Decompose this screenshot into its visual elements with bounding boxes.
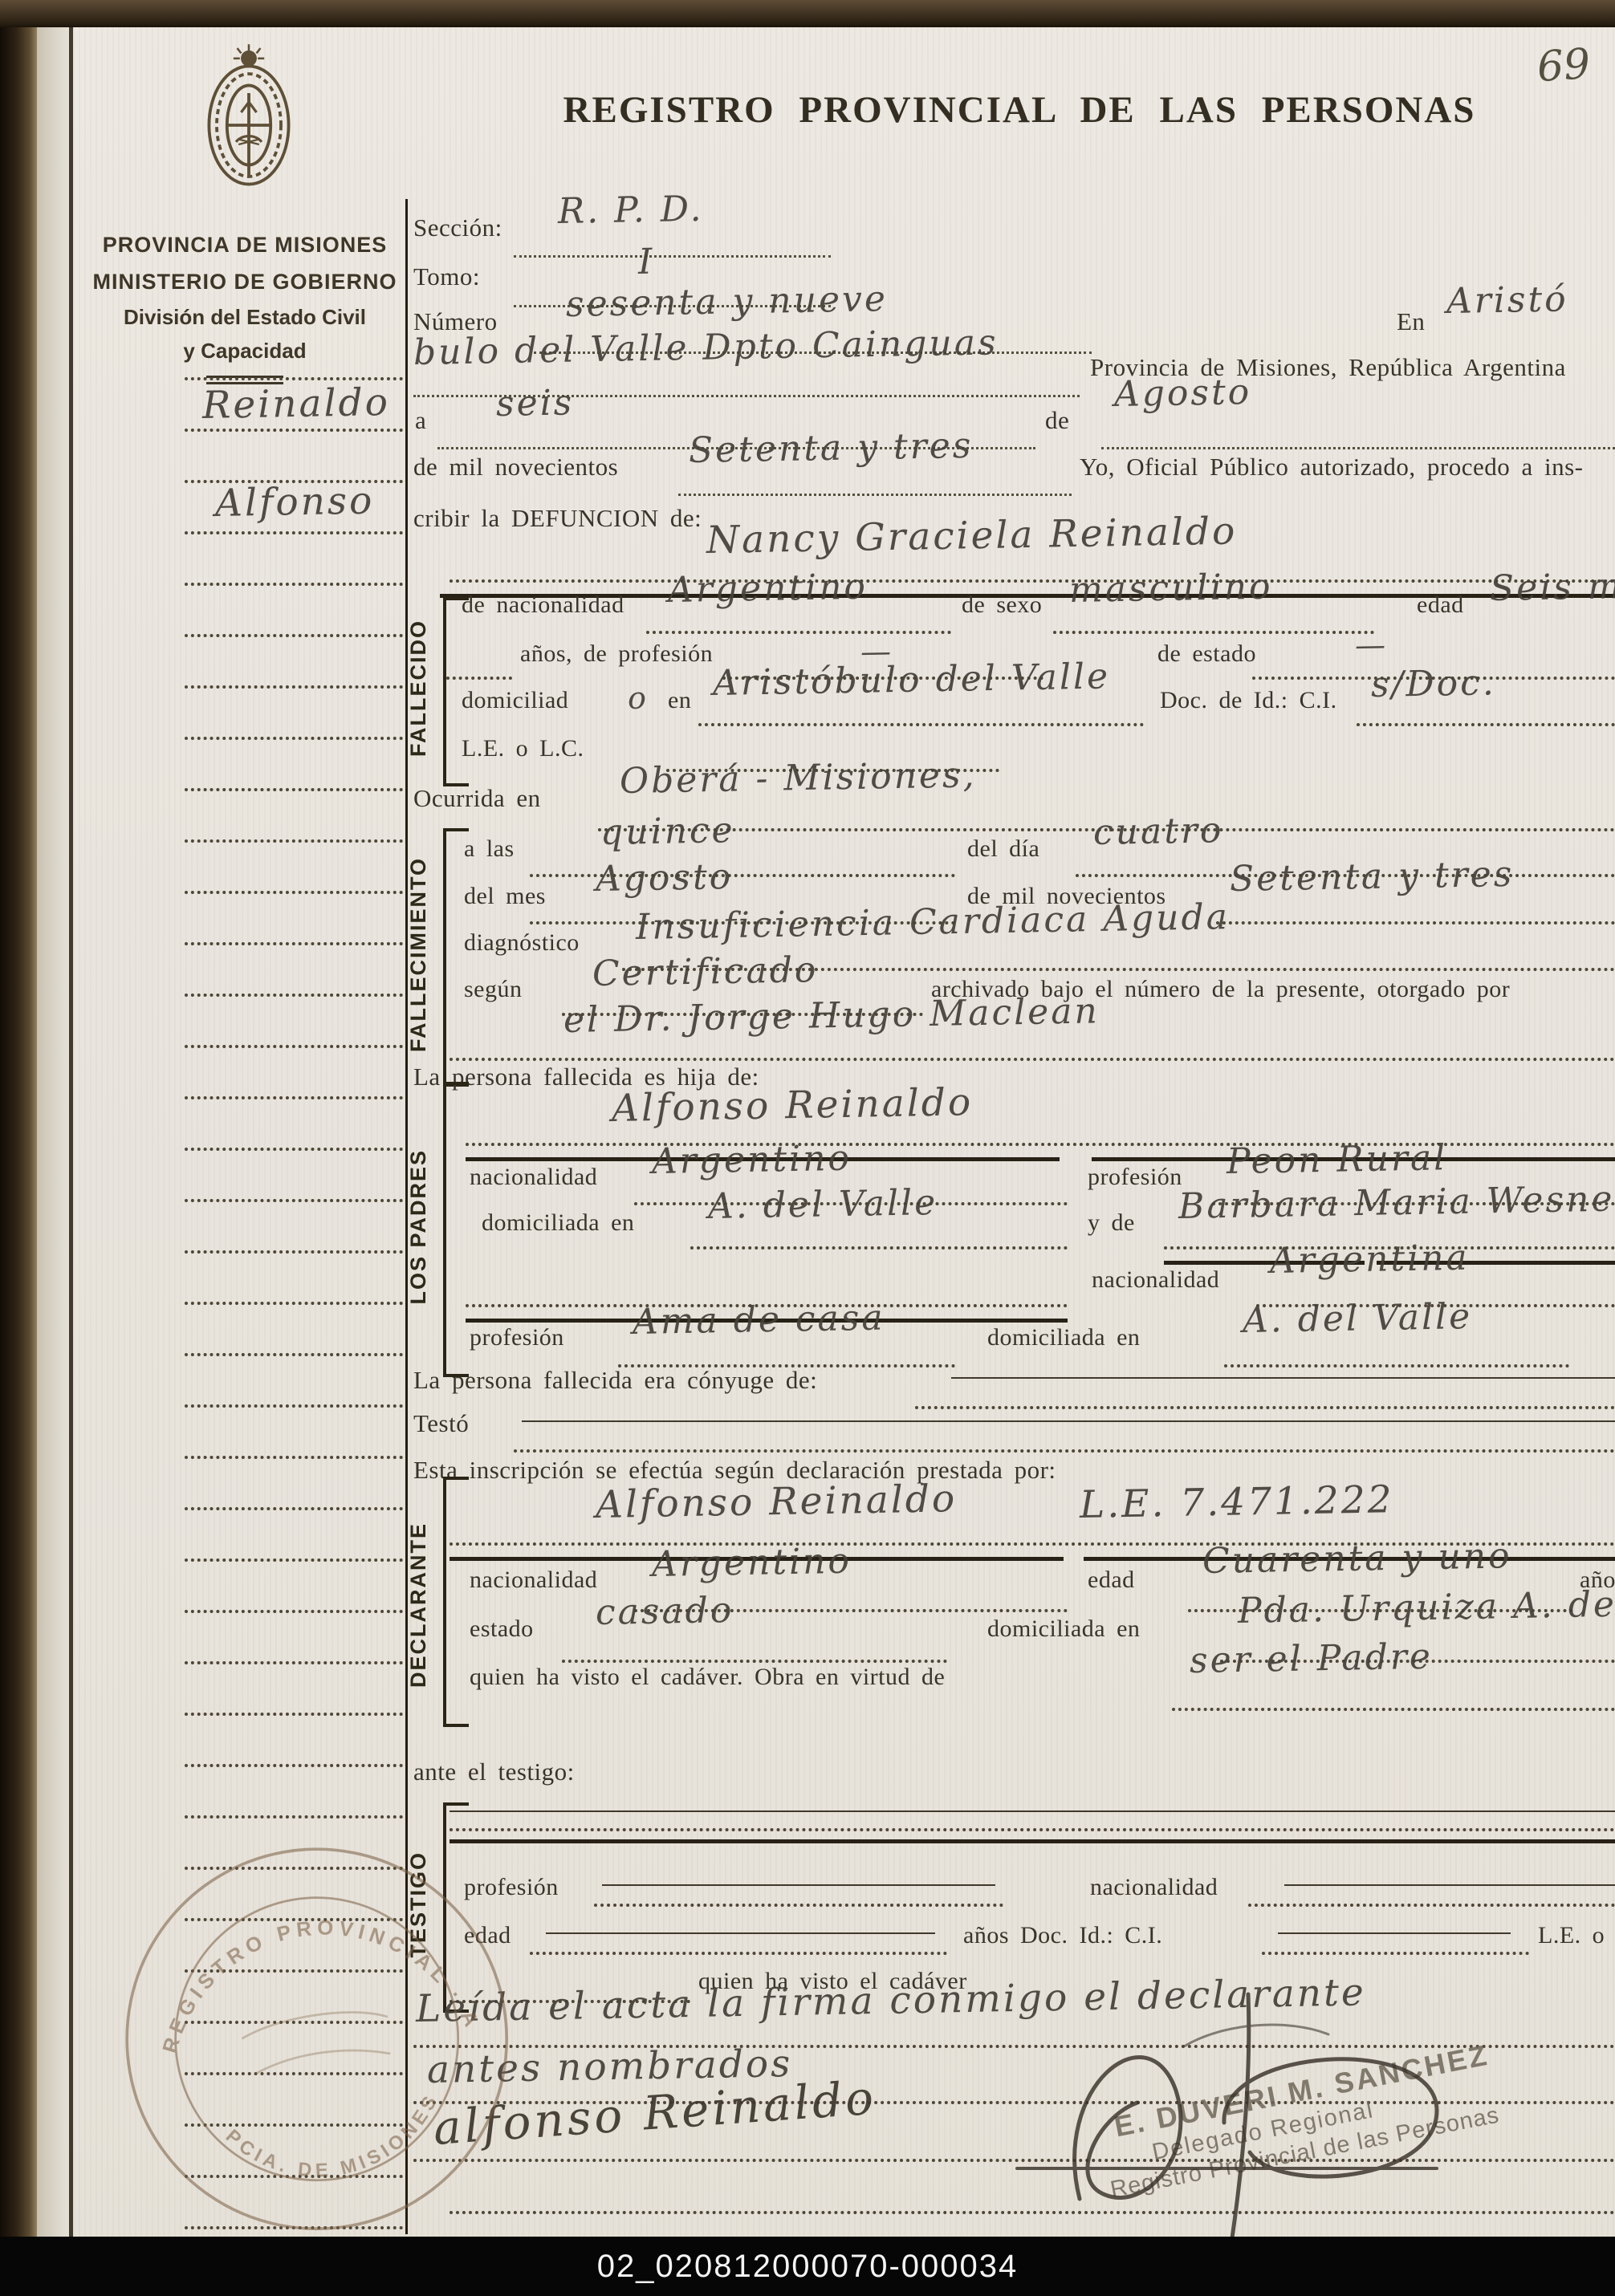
- margin-ruled-line: [185, 583, 403, 586]
- del-dia-label: del día: [967, 835, 1039, 863]
- declarante-nacionalidad-label: nacionalidad: [470, 1567, 597, 1594]
- tomo-label: Tomo:: [413, 262, 480, 291]
- fallecido-en-label: en: [668, 687, 691, 714]
- fallecido-doc-label: Doc. de Id.: C.I.: [1160, 687, 1337, 714]
- conyuge-solid-line: [951, 1377, 1615, 1379]
- fallecido-le-label: L.E. o L.C.: [462, 735, 584, 762]
- declarante-virtud: ser el Padre: [1190, 1636, 1434, 1681]
- declarante-domiciliada-label: domiciliada en: [987, 1615, 1140, 1643]
- conyuge-label: La persona fallecida era cónyuge de:: [413, 1366, 817, 1395]
- oficial-printed: Yo, Oficial Público autorizado, procedo …: [1080, 453, 1584, 482]
- scanned-death-record-page: REGISTRO PROVINCIAL DE LAS PERSONAS 69 P…: [0, 0, 1615, 2296]
- seccion-label: Sección:: [413, 213, 502, 242]
- fallecido-anios-label: años, de profesión: [520, 640, 713, 668]
- testigo-nacionalidad-solid: [1284, 1884, 1615, 1886]
- padre-domicilio: A. del Valle: [708, 1182, 938, 1227]
- svg-text:PCIA. DE MISIONES: PCIA. DE MISIONES: [218, 2086, 454, 2199]
- margin-ruled-line: [185, 1096, 403, 1099]
- margin-ruled-line: [185, 531, 403, 534]
- book-binding-shadow: [0, 0, 37, 2296]
- de-mil-label: de mil novecientos: [413, 453, 618, 482]
- hora-value: quince: [600, 810, 735, 853]
- testigo-edad-solid: [546, 1932, 935, 1934]
- fallecido-domiciliad-label: domiciliad: [462, 687, 568, 714]
- del-mes-label: del mes: [464, 883, 546, 910]
- testigo-profesion-dotted: [594, 1904, 1003, 1907]
- fallecido-edad-label: edad: [1417, 591, 1464, 619]
- padre-domiciliada-label: domiciliada en: [482, 1209, 634, 1237]
- declarante-nacionalidad: Argentino: [652, 1541, 852, 1585]
- margin-ruled-line: [185, 1815, 403, 1819]
- anio-value: Setenta y tres: [689, 425, 974, 471]
- testigo-doc-solid: [1278, 1932, 1511, 1934]
- round-stamp-bottom-text: PCIA. DE MISIONES: [218, 2086, 454, 2199]
- diagnostico-label: diagnóstico: [464, 929, 580, 957]
- declarante-edad: Cuarenta y uno: [1202, 1535, 1512, 1582]
- testo-solid-line: [522, 1420, 1615, 1422]
- margin-ruled-line: [185, 1148, 403, 1151]
- fallecido-nacionalidad: Argentino: [668, 567, 869, 611]
- testigo-profesion-solid: [602, 1884, 995, 1886]
- madre-profesion: Ama de casa: [633, 1298, 885, 1343]
- fallecido-nombre-line: [450, 579, 1615, 583]
- lugar-cont-value: bulo del Valle Dpto Cainguas: [413, 322, 999, 373]
- margin-ruled-line: [185, 737, 403, 740]
- section-label-declarante: DECLARANTE: [406, 1522, 431, 1688]
- margin-ruled-line: [185, 1610, 403, 1613]
- fallecido-domiciliad-letra: o: [628, 681, 649, 716]
- margin-ruled-line: [185, 1199, 403, 1202]
- section-label-padres: LOS PADRES: [406, 1149, 431, 1305]
- anio-line: [678, 494, 1072, 496]
- scan-code-bar: 02_020812000070-000034: [0, 2237, 1615, 2296]
- margin-ruled-line: [185, 1302, 403, 1305]
- madre-nacionalidad: Argentina: [1270, 1237, 1471, 1282]
- top-edge-shadow: [0, 0, 1615, 27]
- margin-ruled-line: [185, 788, 403, 791]
- padre-nacionalidad-label: nacionalidad: [470, 1164, 597, 1191]
- padre-nacionalidad: Argentino: [652, 1138, 852, 1182]
- a-las-label: a las: [464, 835, 515, 863]
- fallecido-estado-label: de estado: [1157, 640, 1256, 668]
- margin-ruled-line: [185, 429, 403, 432]
- testigo-le-label: L.E. o L.C.: [1538, 1922, 1615, 1949]
- dia-value: seis: [496, 382, 575, 425]
- fallecido-sexo: masculino: [1069, 567, 1273, 611]
- mes-line: [1101, 447, 1615, 449]
- round-stamp-top-text: REGISTRO PROVINCIAL · A. DEL VALLE: [52, 1798, 486, 2100]
- margin-ruled-line: [185, 685, 403, 689]
- margin-surname: Reinaldo: [202, 380, 391, 428]
- declarante-estado: casado: [596, 1590, 734, 1633]
- numero-value: sesenta y nueve: [566, 278, 889, 325]
- fallecido-doc: s/Doc.: [1371, 662, 1497, 705]
- margin-ruled-line: [185, 1661, 403, 1664]
- testigo-nombre-dotted-line: [450, 1828, 1615, 1831]
- testo-dotted-line: [514, 1449, 1615, 1453]
- padre-nombre: Alfonso Reinaldo: [612, 1080, 974, 1131]
- fallecido-doc-line: [1357, 723, 1615, 726]
- tomo-value: I: [638, 242, 655, 282]
- margin-ruled-line: [185, 1353, 403, 1356]
- ocurrida-lugar: Oberá - Misiones,: [620, 754, 977, 802]
- segun-value: Certificado: [592, 949, 819, 994]
- declarante-edad-label: edad: [1088, 1567, 1135, 1594]
- coat-of-arms-icon: [181, 42, 316, 196]
- fallecido-sexo-label: de sexo: [962, 591, 1042, 619]
- section-label-fallecido: FALLECIDO: [406, 620, 431, 757]
- testigo-nombre-solid-line: [450, 1810, 1615, 1812]
- margin-ruled-line: [185, 1764, 403, 1767]
- fallecido-nombre: Nancy Graciela Reinaldo: [706, 509, 1238, 563]
- declarante-visto-label: quien ha visto el cadáver. Obra en virtu…: [470, 1664, 945, 1691]
- letterhead-province: PROVINCIA DE MISIONES: [80, 226, 409, 263]
- madre-profesion-label: profesión: [470, 1324, 564, 1351]
- y-de-label: y de: [1088, 1209, 1135, 1237]
- section-label-fallecimiento: FALLECIMIENTO: [406, 857, 431, 1052]
- testigo-edad-dotted: [530, 1952, 947, 1955]
- fallecido-nacionalidad-label: de nacionalidad: [462, 591, 624, 619]
- padre-profesion: Peon Rural: [1227, 1137, 1448, 1182]
- medico-value: el Dr. Jorge Hugo Maclean: [563, 990, 1100, 1041]
- section-bracket-padres: [443, 1082, 472, 1377]
- madre-domicilio-line: [1224, 1364, 1569, 1367]
- anio-fallec-line: [1216, 921, 1615, 924]
- section-bracket-declarante: [443, 1477, 472, 1727]
- round-stamp: REGISTRO PROVINCIAL · A. DEL VALLE PCIA.…: [46, 1803, 589, 2278]
- declarante-nombre: Alfonso Reinaldo: [596, 1477, 958, 1527]
- anio-fallec-value: Setenta y tres: [1230, 854, 1515, 900]
- fallecido-nacionalidad-line: [646, 631, 951, 634]
- lugar-inicio-value: Aristó: [1446, 278, 1569, 322]
- en-label: En: [1397, 307, 1425, 336]
- testigo-nacionalidad-label: nacionalidad: [1090, 1874, 1218, 1901]
- margin-given-name: Alfonso: [215, 479, 375, 526]
- margin-ruled-line: [185, 1250, 403, 1254]
- letterhead-division-2: y Capacidad: [80, 334, 409, 368]
- seccion-line: [514, 255, 831, 258]
- cribir-printed: cribir la DEFUNCION de:: [413, 504, 702, 533]
- hora-line: [530, 874, 955, 877]
- fallecido-edad: Seis meses: [1490, 564, 1615, 609]
- diagnostico-value: Insuficiencia Cardiaca Aguda: [636, 896, 1231, 948]
- madre-nombre: Barbara Maria Wesner: [1178, 1178, 1615, 1227]
- madre-domiciliada-label: domiciliada en: [987, 1324, 1140, 1351]
- testigo-nacionalidad-dotted: [1248, 1904, 1615, 1907]
- margin-ruled-line: [185, 1045, 403, 1048]
- de-label: de: [1045, 406, 1069, 435]
- letterhead-org-block: PROVINCIA DE MISIONES MINISTERIO DE GOBI…: [80, 226, 409, 384]
- margin-ruled-line: [185, 1713, 403, 1716]
- margin-ruled-line: [185, 839, 403, 843]
- madre-domicilio: A. del Valle: [1243, 1296, 1473, 1341]
- segun-label: según: [464, 976, 523, 1003]
- section-bracket-fallecimiento: [443, 828, 472, 1087]
- margin-ruled-line: [185, 1404, 403, 1408]
- margin-ruled-line: [185, 994, 403, 997]
- margin-ruled-line: [185, 891, 403, 894]
- mes-value: Agosto: [1114, 372, 1252, 415]
- margin-ruled-line: [185, 942, 403, 945]
- folio-number: 69: [1536, 40, 1592, 91]
- letterhead-ministry: MINISTERIO DE GOBIERNO: [80, 263, 409, 300]
- margin-ruled-line: [185, 1456, 403, 1459]
- margin-ruled-line: [185, 1507, 403, 1510]
- testo-label: Testó: [413, 1409, 469, 1438]
- seccion-value: R. P. D.: [558, 189, 704, 232]
- fallecido-estado-marca: —: [1355, 627, 1389, 663]
- ocurrida-label: Ocurrida en: [413, 784, 541, 813]
- page-title: REGISTRO PROVINCIAL DE LAS PERSONAS: [482, 88, 1557, 132]
- padre-domicilio-line: [690, 1246, 1068, 1250]
- mes-fallec-value: Agosto: [596, 856, 734, 900]
- a-label: a: [415, 406, 426, 435]
- margin-ruled-line: [185, 634, 403, 637]
- conyuge-dotted-line: [915, 1406, 1615, 1409]
- fallecido-domicilio-line: [698, 723, 1144, 726]
- declarante-estado-line: [562, 1660, 947, 1663]
- declarante-virtud-line: [1172, 1708, 1615, 1711]
- fallecido-anios-line-a: [446, 677, 512, 680]
- fallecido-sexo-line: [1053, 631, 1374, 634]
- testigo-nombre-underline: [450, 1839, 1615, 1843]
- declarante-estado-label: estado: [470, 1615, 534, 1643]
- fallecido-domicilio: Aristóbulo del Valle: [713, 656, 1111, 704]
- margin-ruled-line: [185, 1558, 403, 1562]
- madre-nacionalidad-label: nacionalidad: [1092, 1266, 1219, 1294]
- testigo-anios-doc-label: años Doc. Id.: C.I.: [963, 1922, 1162, 1949]
- svg-text:REGISTRO PROVINCIAL · A. DEL V: REGISTRO PROVINCIAL · A. DEL VALLE: [52, 1798, 486, 2100]
- medico-line: [450, 1058, 1615, 1061]
- dia-fallec-value: cuatro: [1093, 810, 1224, 853]
- declarante-documento: L.E. 7.471.222: [1080, 1477, 1394, 1527]
- ante-testigo-label: ante el testigo:: [413, 1758, 575, 1786]
- declarante-domicilio: Pda. Urquiza A. del Valle: [1238, 1582, 1615, 1632]
- scan-code: 02_020812000070-000034: [597, 2249, 1019, 2285]
- letterhead-division-1: División del Estado Civil: [80, 300, 409, 334]
- padre-profesion-label: profesión: [1088, 1164, 1182, 1191]
